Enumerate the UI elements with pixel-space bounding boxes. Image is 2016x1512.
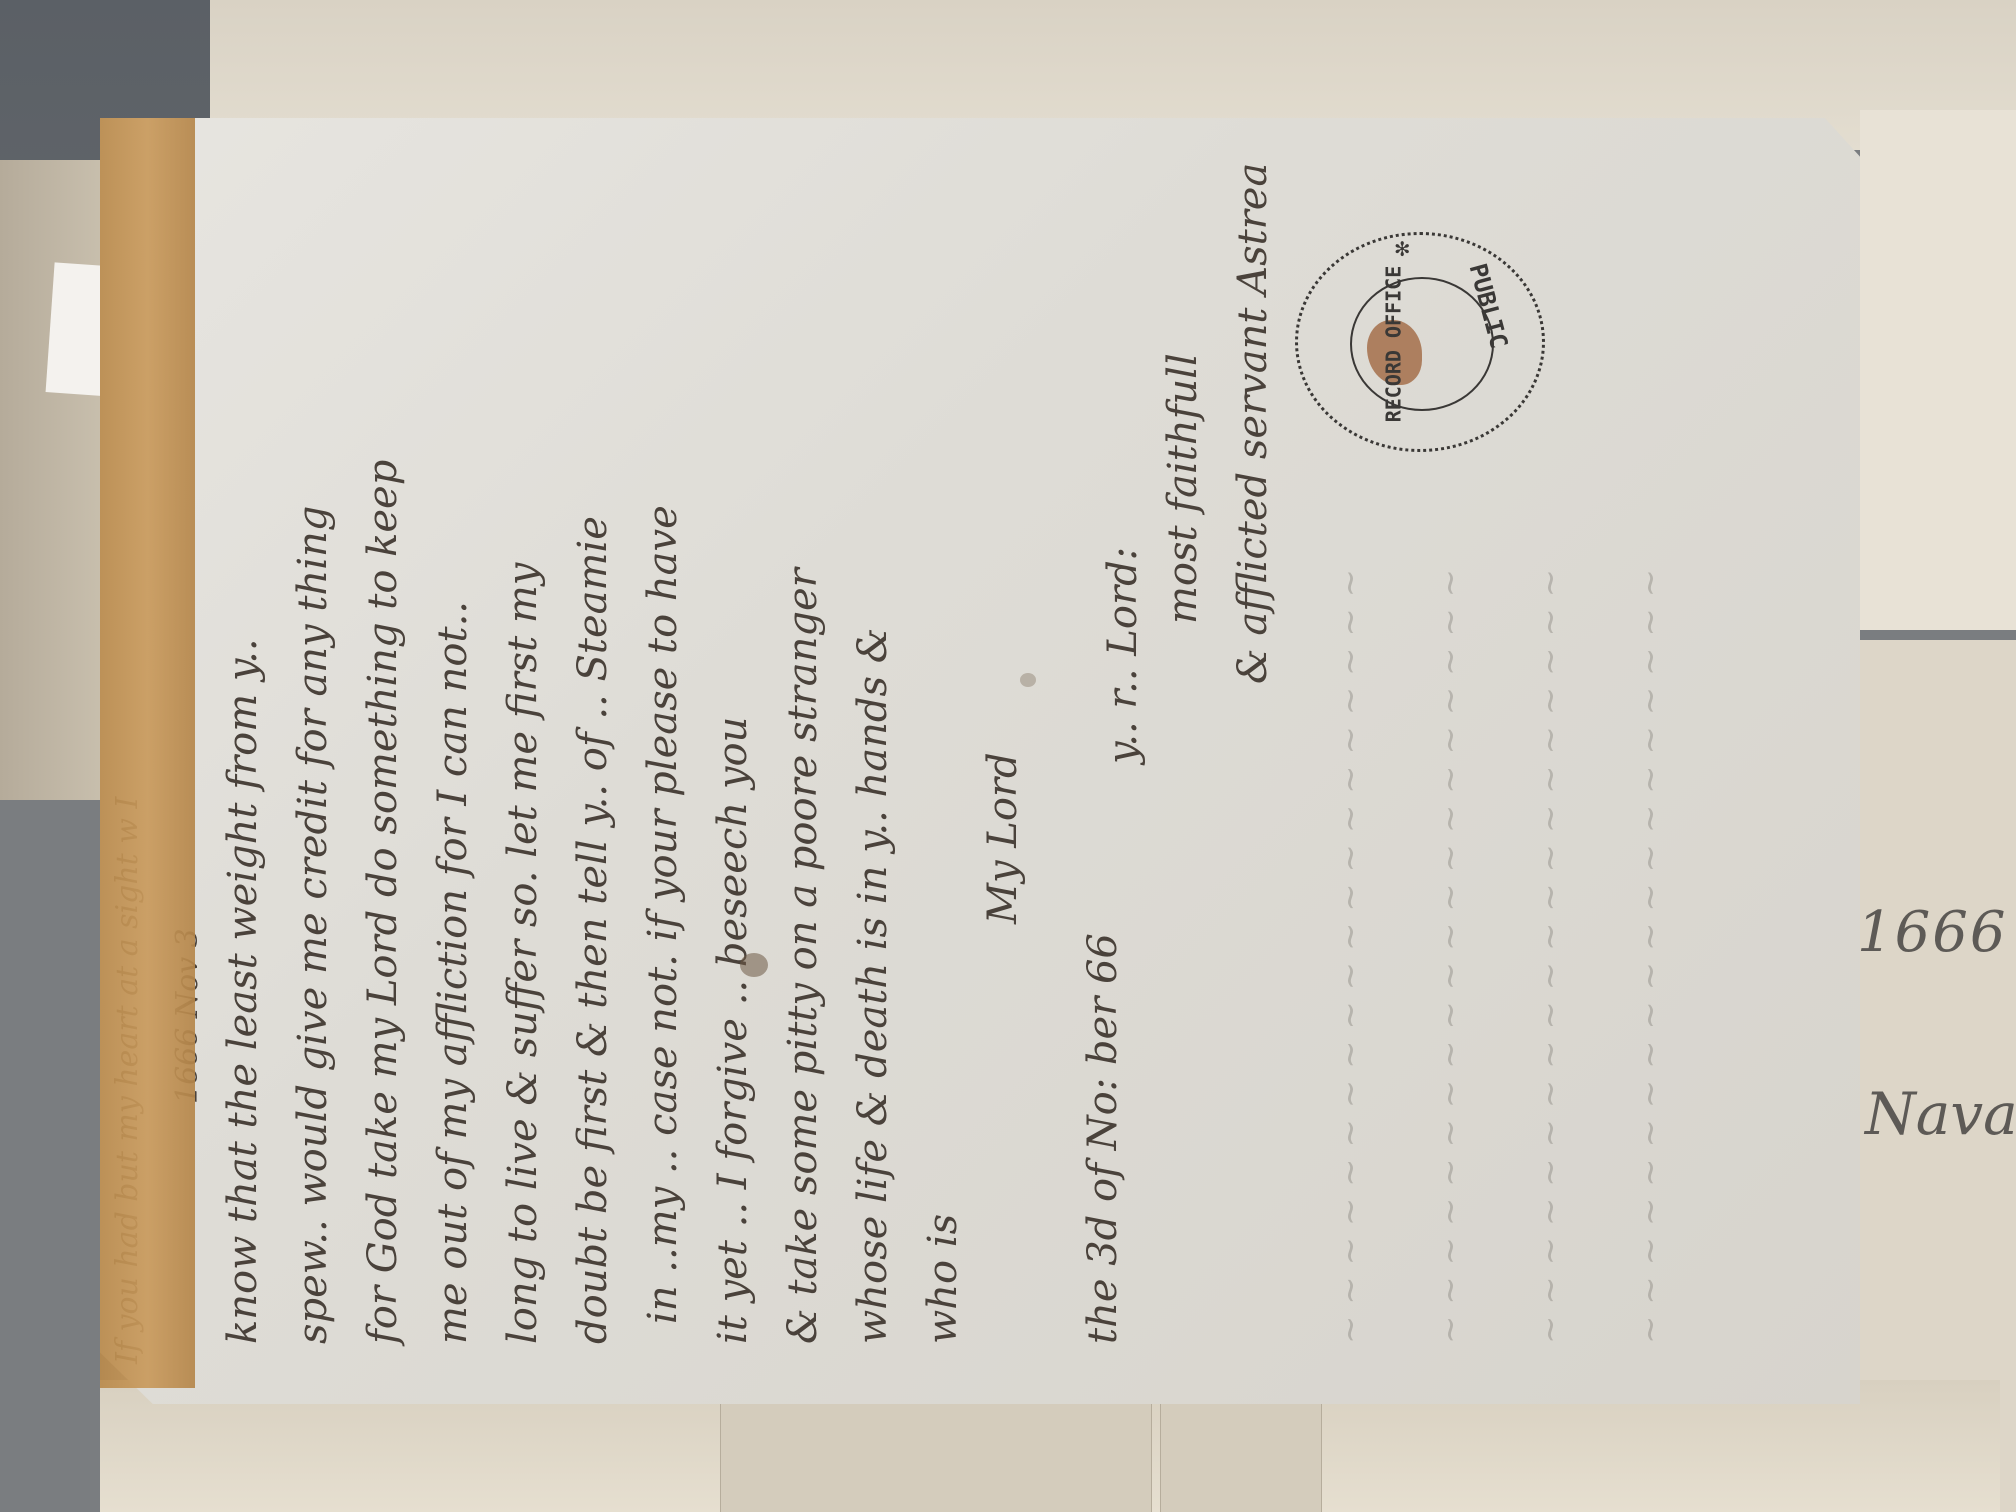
signature: & afflicted servant Astrea — [1230, 163, 1276, 684]
letter-line: me out of my affliction for I can not.. — [430, 601, 476, 1344]
folder-label-text: Nava — [1865, 1080, 2016, 1148]
stamp-ornament-icon: ✻ — [1395, 234, 1409, 262]
bleed-through-text: ~ ~ ~ ~ ~ ~ ~ ~ ~ ~ ~ ~ ~ ~ ~ ~ ~ ~ ~ ~ — [1530, 569, 1570, 1344]
letter-line: it yet .. I forgive .. beseech you — [710, 717, 756, 1344]
letter-line: spew.. would give me credit for any thin… — [290, 506, 336, 1344]
letter-line: & take some pitty on a poore stranger — [780, 568, 826, 1344]
repair-tape-strip — [100, 118, 195, 1388]
ink-stain — [740, 953, 768, 977]
underlying-panel — [1160, 1400, 1322, 1512]
salutation: My Lord — [980, 752, 1026, 924]
photo-scene: 1666 Nava ~ ~ ~ ~ ~ ~ ~ ~ ~ ~ ~ ~ ~ ~ ~ … — [0, 0, 2016, 1512]
underlying-panel — [720, 1400, 1152, 1512]
letter-content: ~ ~ ~ ~ ~ ~ ~ ~ ~ ~ ~ ~ ~ ~ ~ ~ ~ ~ ~ ~ … — [100, 118, 1860, 1404]
public-record-office-stamp: PUBLIC RECORD OFFICE ✻ — [1295, 232, 1545, 452]
letter-line: doubt be first & then tell y.. of .. Ste… — [570, 516, 616, 1344]
closing-line: y.. r.. Lord: — [1100, 547, 1146, 764]
letter-sheet: ~ ~ ~ ~ ~ ~ ~ ~ ~ ~ ~ ~ ~ ~ ~ ~ ~ ~ ~ ~ … — [100, 118, 1860, 1404]
stamp-text-bottom: RECORD OFFICE — [1381, 266, 1405, 423]
bleed-through-text: ~ ~ ~ ~ ~ ~ ~ ~ ~ ~ ~ ~ ~ ~ ~ ~ ~ ~ ~ ~ — [1430, 569, 1470, 1344]
letter-line: in ..my .. case not. if your please to h… — [640, 505, 686, 1324]
folder-label-year: 1666 — [1857, 900, 2008, 965]
ink-stain — [1020, 673, 1036, 687]
folder-right-edge — [1860, 110, 2016, 630]
letter-line: know that the least weight from y.. — [220, 638, 266, 1344]
date-line: the 3d of No: ber 66 — [1080, 933, 1126, 1344]
letter-line: for God take my Lord do something to kee… — [360, 460, 406, 1344]
letter-line: long to live & suffer so. let me first m… — [500, 563, 546, 1344]
closing-line: most faithfull — [1160, 353, 1206, 624]
letter-line: whose life & death is in y.. hands & — [850, 628, 896, 1344]
letter-line: who is — [920, 1214, 966, 1344]
bleed-through-text: ~ ~ ~ ~ ~ ~ ~ ~ ~ ~ ~ ~ ~ ~ ~ ~ ~ ~ ~ ~ — [1330, 569, 1370, 1344]
bleed-through-text: ~ ~ ~ ~ ~ ~ ~ ~ ~ ~ ~ ~ ~ ~ ~ ~ ~ ~ ~ ~ — [1630, 569, 1670, 1344]
folder-label: 1666 Nava — [1845, 880, 2016, 1180]
